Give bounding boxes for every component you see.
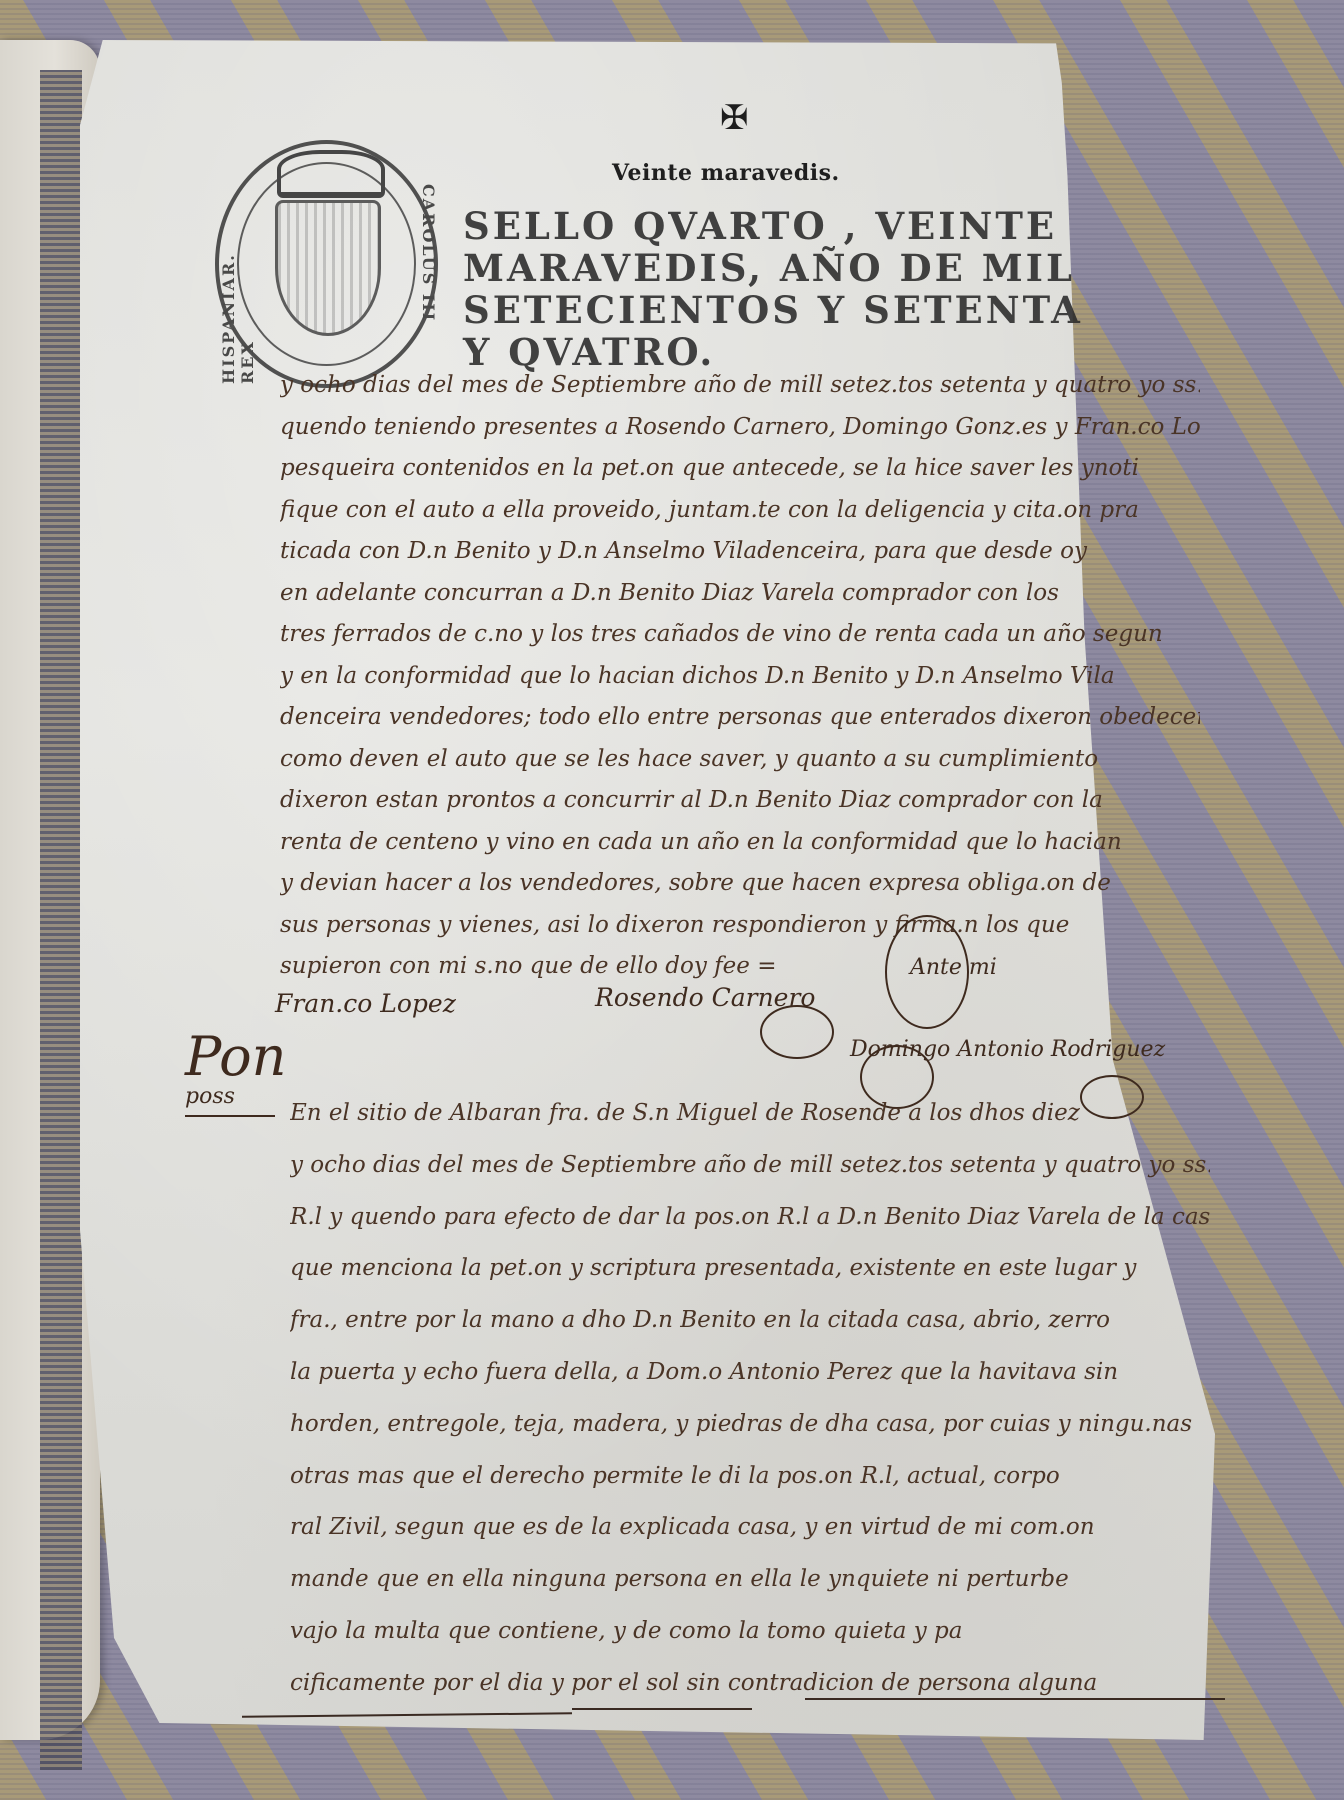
stamp-title-line: MARAVEDIS, AÑO DE MIL [463,247,1023,289]
text-line: sus personas y vienes, asi lo dixeron re… [280,905,1200,947]
text-line: denceira vendedores; todo ello entre per… [280,697,1200,739]
text-line: vajo la multa que contiene, y de como la… [290,1606,1210,1658]
text-line: quendo teniendo presentes a Rosendo Carn… [280,407,1200,449]
signature-flourish [760,1005,834,1059]
margin-arrow [185,1115,275,1117]
text-line: horden, entregole, teja, madera, y piedr… [290,1399,1210,1451]
text-line: cificamente por el dia y por el sol sin … [290,1658,1210,1710]
stamp-title-line: SELLO QVARTO , VEINTE [463,205,1023,247]
margin-note: Pon poss [185,1030,286,1109]
text-line: y ocho dias del mes de Septiembre año de… [290,1140,1210,1192]
fabric-gutter [40,70,82,1770]
seal-legend-right: CAROLUS III [419,184,438,322]
stamp-title-line: SETECIENTOS Y SETENTA [463,289,1023,331]
stamp-value-line: Veinte maravedis. [612,160,840,186]
text-line: En el sitio de Albaran fra. de S.n Migue… [290,1088,1210,1140]
text-line: que menciona la pet.on y scriptura prese… [290,1243,1210,1295]
margin-note-pon: Pon [185,1030,286,1084]
text-line: en adelante concurran a D.n Benito Diaz … [280,573,1200,615]
text-line: y devian hacer a los vendedores, sobre q… [280,863,1200,905]
signature-block: Fran.co Lopez Rosendo Carnero Domingo An… [270,975,1170,1095]
text-line: pesqueira contenidos en la pet.on que an… [280,448,1200,490]
text-line: y ocho dias del mes de Septiembre año de… [280,365,1200,407]
notification-text: y ocho dias del mes de Septiembre año de… [280,365,1200,988]
text-line: mande que en ella ninguna persona en ell… [290,1554,1210,1606]
text-line: como deven el auto que se les hace saver… [280,739,1200,781]
text-line: y en la conformidad que lo hacian dichos… [280,656,1200,698]
text-line: R.l y quendo para efecto de dar la pos.o… [290,1192,1210,1244]
text-line: ral Zivil, segun que es de la explicada … [290,1502,1210,1554]
text-line: dixeron estan prontos a concurrir al D.n… [280,780,1200,822]
signature-francisco-lopez: Fran.co Lopez [275,989,456,1018]
royal-seal: CAROLUS III HISPANIAR. REX [215,140,438,388]
underline-rule [572,1708,752,1710]
text-line: renta de centeno y vino en cada un año e… [280,822,1200,864]
underline-rule [805,1698,1225,1700]
signature-flourish [885,915,969,1029]
text-line: tres ferrados de c.no y los tres cañados… [280,614,1200,656]
cross-icon: ✠ [720,98,749,138]
possession-text: En el sitio de Albaran fra. de S.n Migue… [290,1088,1210,1710]
seal-legend-left: HISPANIAR. REX [219,204,257,384]
crown-icon [277,150,385,198]
text-line: ticada con D.n Benito y D.n Anselmo Vila… [280,531,1200,573]
text-line: otras mas que el derecho permite le di l… [290,1451,1210,1503]
text-line: fique con el auto a ella proveido, junta… [280,490,1200,532]
coat-of-arms-icon [275,200,381,336]
text-line: fra., entre por la mano a dho D.n Benito… [290,1295,1210,1347]
stamp-title: SELLO QVARTO , VEINTE MARAVEDIS, AÑO DE … [463,205,1023,373]
text-line: la puerta y echo fuera della, a Dom.o An… [290,1347,1210,1399]
